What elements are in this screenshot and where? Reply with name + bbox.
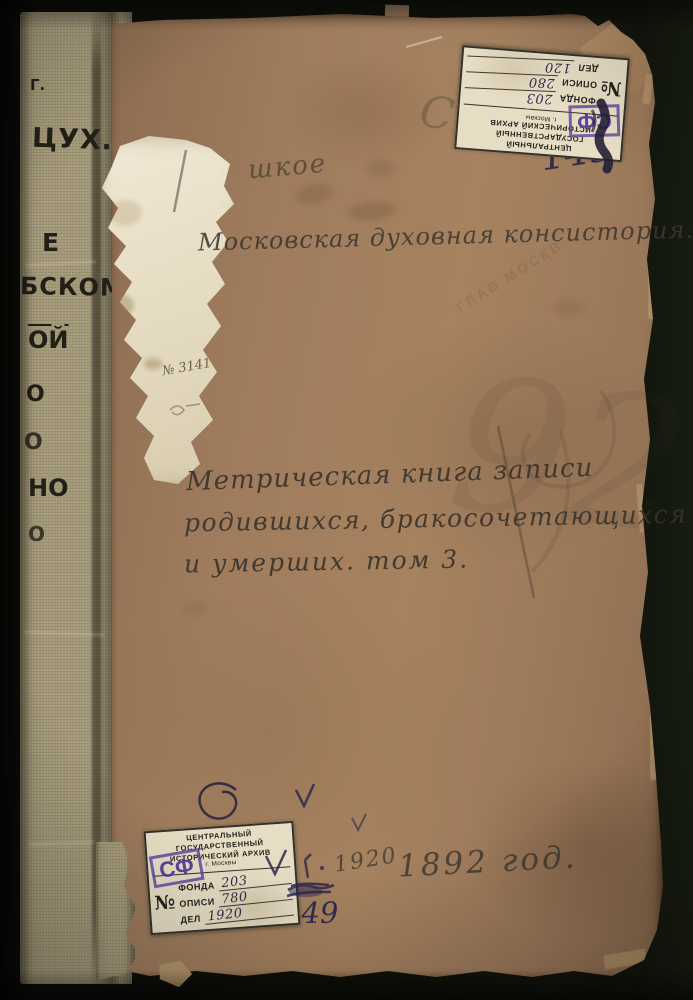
patch-stain	[144, 358, 162, 370]
torn-edge-fiber	[603, 948, 647, 969]
archive-label-top: ЦЕНТРАЛЬНЫЙ ГОСУДАРСТВЕННЫЙ ИСТОРИЧЕСКИЙ…	[454, 46, 630, 163]
stain	[347, 200, 397, 223]
fond-value: 203	[464, 87, 555, 105]
book-cover-photo: Г. ЦУХ. Е БСКОМ ОЙ О О НО О № 3141 шкое …	[0, 0, 693, 1000]
spine-lettering: О	[26, 382, 45, 407]
archive-label-bottom: ЦЕНТРАЛЬНЫЙ ГОСУДАРСТВЕННЫЙ ИСТОРИЧЕСКИЙ…	[144, 821, 301, 935]
spine-lettering: ЦУХ.	[31, 123, 113, 157]
delo-label: ДЕЛ	[578, 63, 599, 75]
stain	[294, 180, 333, 207]
opis-label: ОПИСИ	[561, 77, 597, 90]
spine-fold-shadow	[92, 12, 101, 984]
spine-lettering: О	[24, 430, 43, 455]
stain	[366, 160, 396, 176]
stain	[182, 602, 208, 616]
numero-sign: №	[154, 891, 176, 914]
spine-lettering: Г.	[30, 76, 45, 94]
sf-stamp: СФ	[569, 104, 620, 137]
torn-edge-fiber	[648, 264, 654, 319]
numero-sign: №	[600, 77, 622, 101]
handwritten-title-line3: и умерших. том 3.	[184, 545, 470, 579]
spine-lettering: Е	[42, 228, 59, 257]
torn-edge-fiber	[650, 714, 657, 780]
spine-lettering: ОЙ	[28, 326, 69, 354]
spine-wrinkle	[26, 260, 96, 267]
delo-label: ДЕЛ	[180, 913, 201, 924]
stain	[554, 300, 584, 316]
spine-lettering: О	[28, 522, 45, 546]
spine-lettering: БСКОМ	[20, 272, 125, 302]
spine-lettering: НО	[28, 474, 69, 502]
spine-wrinkle	[28, 841, 94, 846]
